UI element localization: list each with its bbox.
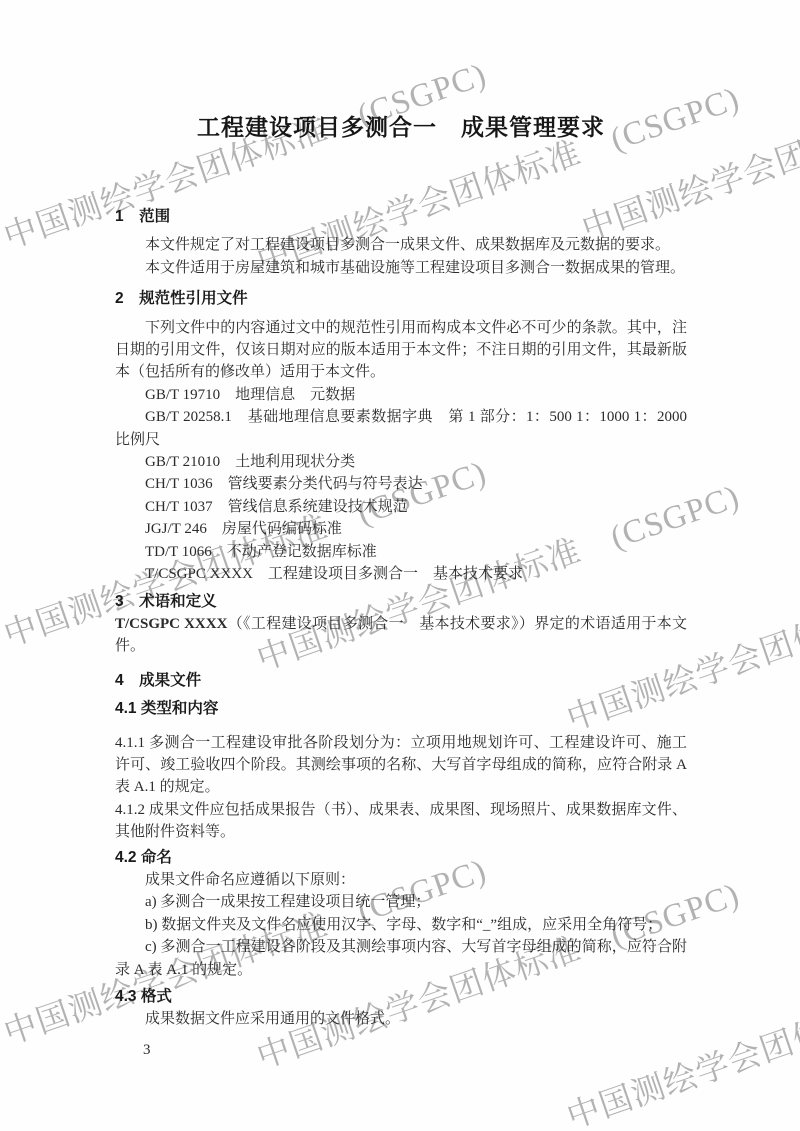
paragraph-4-1-1: 4.1.1 多测合一工程建设审批各阶段划分为：立项用地规划许可、工程建设许可、施… — [115, 732, 687, 799]
subsection-heading-naming: 4.2 命名 — [115, 847, 687, 869]
naming-intro: 成果文件命名应遵循以下原则： — [115, 869, 687, 891]
document-body: 工程建设项目多测合一 成果管理要求 1 范围 本文件规定了对工程建设项目多测合一… — [115, 0, 687, 1061]
naming-item-a: a) 多测合一成果按工程建设项目统一管理； — [115, 891, 687, 913]
document-page: 中国测绘学会团体标准 (CSGPC) 中国测绘学会团体标准 (CSGPC) 中国… — [0, 0, 800, 1131]
reference-item: T/CSGPC XXXX 工程建设项目多测合一 基本技术要求 — [115, 563, 687, 585]
subsection-heading-type-content: 4.1 类型和内容 — [115, 698, 687, 720]
reference-item: TD/T 1066 不动产登记数据库标准 — [115, 541, 687, 563]
reference-item: GB/T 21010 土地利用现状分类 — [115, 451, 687, 473]
terms-ref-code: T/CSGPC XXXX — [115, 616, 227, 632]
paragraph-4-1-2: 4.1.2 成果文件应包括成果报告（书）、成果表、成果图、现场照片、成果数据库文… — [115, 799, 687, 844]
normative-intro: 下列文件中的内容通过文中的规范性引用而构成本文件必不可少的条款。其中，注日期的引… — [115, 317, 687, 384]
format-paragraph: 成果数据文件应采用通用的文件格式。 — [115, 1008, 687, 1030]
page-number: 3 — [143, 1039, 687, 1061]
reference-item: GB/T 19710 地理信息 元数据 — [115, 384, 687, 406]
section-heading-result-files: 4 成果文件 — [115, 670, 687, 692]
reference-item: CH/T 1037 管线信息系统建设技术规范 — [115, 496, 687, 518]
section-heading-normative-references: 2 规范性引用文件 — [115, 288, 687, 310]
document-title: 工程建设项目多测合一 成果管理要求 — [115, 112, 687, 142]
section-heading-scope: 1 范围 — [115, 206, 687, 228]
scope-paragraph-2: 本文件适用于房屋建筑和城市基础设施等工程建设项目多测合一数据成果的管理。 — [115, 257, 687, 279]
reference-item: JGJ/T 246 房屋代码编码标准 — [115, 518, 687, 540]
reference-item: GB/T 20258.1 基础地理信息要素数据字典 第 1 部分：1：500 1… — [115, 406, 687, 451]
section-heading-terms: 3 术语和定义 — [115, 591, 687, 613]
terms-paragraph: T/CSGPC XXXX（《工程建设项目多测合一 基本技术要求》）界定的术语适用… — [115, 613, 687, 658]
naming-item-b: b) 数据文件夹及文件名应使用汉字、字母、数字和“_”组成，应采用全角符号； — [115, 914, 687, 936]
scope-paragraph-1: 本文件规定了对工程建设项目多测合一成果文件、成果数据库及元数据的要求。 — [115, 234, 687, 256]
subsection-heading-format: 4.3 格式 — [115, 986, 687, 1008]
reference-item: CH/T 1036 管线要素分类代码与符号表达 — [115, 473, 687, 495]
naming-item-c: c) 多测合一工程建设各阶段及其测绘事项内容、大写首字母组成的简称，应符合附录 … — [115, 936, 687, 981]
